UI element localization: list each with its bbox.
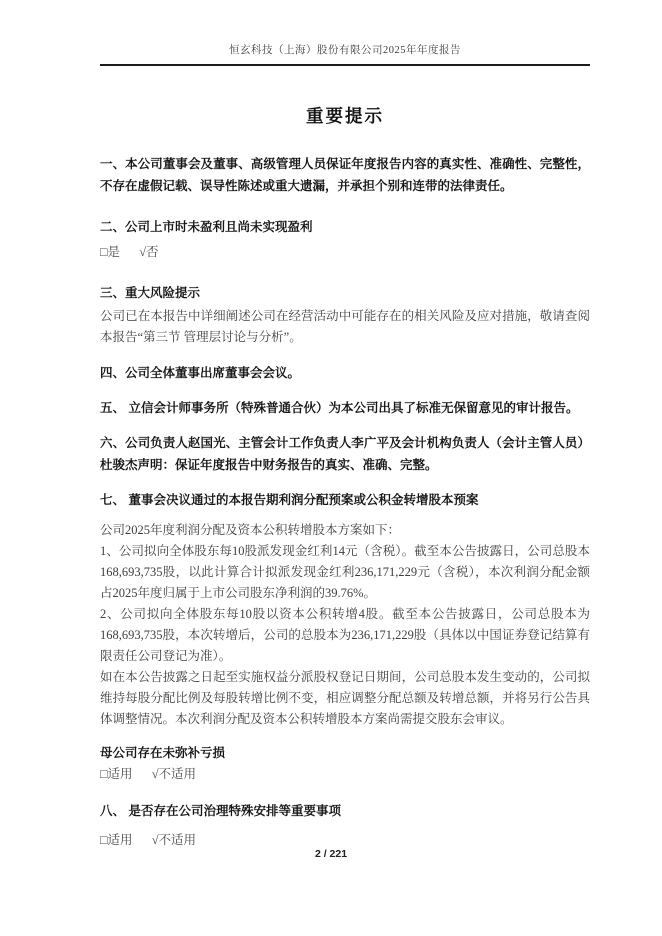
section-6: 六、公司负责人赵国光、主管会计工作负责人李广平及会计机构负责人（会计主管人员）杜… (100, 433, 590, 476)
section-8-heading: 八、 是否存在公司治理特殊安排等重要事项 (100, 801, 590, 823)
section-3-heading: 三、重大风险提示 (100, 283, 590, 305)
page-number: 2 / 221 (315, 848, 347, 860)
parent-company-loss-heading: 母公司存在未弥补亏损 (100, 743, 590, 765)
checkbox-not-applicable-checked: √不适用 (152, 767, 196, 781)
checkbox-applicable-unchecked: □适用 (100, 833, 133, 847)
section-5-heading: 五、 立信会计师事务所（特殊普通合伙）为本公司出具了标准无保留意见的审计报告。 (100, 398, 590, 420)
profit-plan-item-1: 1、公司拟向全体股东每10股派发现金红利14元（含税）。截至本公告披露日，公司总… (100, 541, 590, 604)
parent-company-loss-options: □适用 √不适用 (100, 764, 590, 785)
section-3: 三、重大风险提示 公司已在本报告中详细阐述公司在经营活动中可能存在的相关风险及应… (100, 283, 590, 349)
page-footer: 2 / 221 (0, 848, 662, 860)
section-5: 五、 立信会计师事务所（特殊普通合伙）为本公司出具了标准无保留意见的审计报告。 (100, 398, 590, 420)
section-6-heading: 六、公司负责人赵国光、主管会计工作负责人李广平及会计机构负责人（会计主管人员）杜… (100, 433, 590, 476)
profit-plan-item-2: 2、公司拟向全体股东每10股以资本公积转增4股。截至本公告披露日，公司总股本为1… (100, 604, 590, 667)
report-title-header: 恒玄科技（上海）股份有限公司2025年年度报告 (229, 45, 461, 56)
report-page: 恒玄科技（上海）股份有限公司2025年年度报告 重要提示 一、本公司董事会及董事… (0, 0, 662, 936)
section-8: 八、 是否存在公司治理特殊安排等重要事项 □适用 √不适用 (100, 801, 590, 851)
page-header: 恒玄科技（上海）股份有限公司2025年年度报告 (100, 42, 590, 66)
section-1: 一、本公司董事会及董事、高级管理人员保证年度报告内容的真实性、准确性、完整性，不… (100, 154, 590, 197)
checkbox-yes-unchecked: □是 (100, 245, 120, 259)
checkbox-applicable-unchecked: □适用 (100, 767, 133, 781)
section-2-heading: 二、公司上市时未盈利且尚未实现盈利 (100, 217, 590, 239)
page-content: 重要提示 一、本公司董事会及董事、高级管理人员保证年度报告内容的真实性、准确性、… (100, 66, 590, 851)
section-7: 七、 董事会决议通过的本报告期利润分配预案或公积金转增股本预案 公司2025年度… (100, 490, 590, 785)
checkbox-no-checked: √否 (139, 245, 158, 259)
section-3-body: 公司已在本报告中详细阐述公司在经营活动中可能存在的相关风险及应对措施，敬请查阅本… (100, 306, 590, 348)
section-7-heading: 七、 董事会决议通过的本报告期利润分配预案或公积金转增股本预案 (100, 490, 590, 512)
section-2: 二、公司上市时未盈利且尚未实现盈利 □是 √否 (100, 217, 590, 263)
page-title: 重要提示 (100, 104, 590, 128)
section-4: 四、公司全体董事出席董事会会议。 (100, 363, 590, 385)
section-1-heading: 一、本公司董事会及董事、高级管理人员保证年度报告内容的真实性、准确性、完整性，不… (100, 154, 590, 197)
checkbox-not-applicable-checked: √不适用 (152, 833, 196, 847)
section-2-options: □是 √否 (100, 242, 590, 263)
profit-plan-intro: 公司2025年度利润分配及资本公积转增股本方案如下： (100, 520, 590, 541)
section-4-heading: 四、公司全体董事出席董事会会议。 (100, 363, 590, 385)
profit-plan-note: 如在本公告披露之日起至实施权益分派股权登记日期间，公司总股本发生变动的，公司拟维… (100, 667, 590, 730)
